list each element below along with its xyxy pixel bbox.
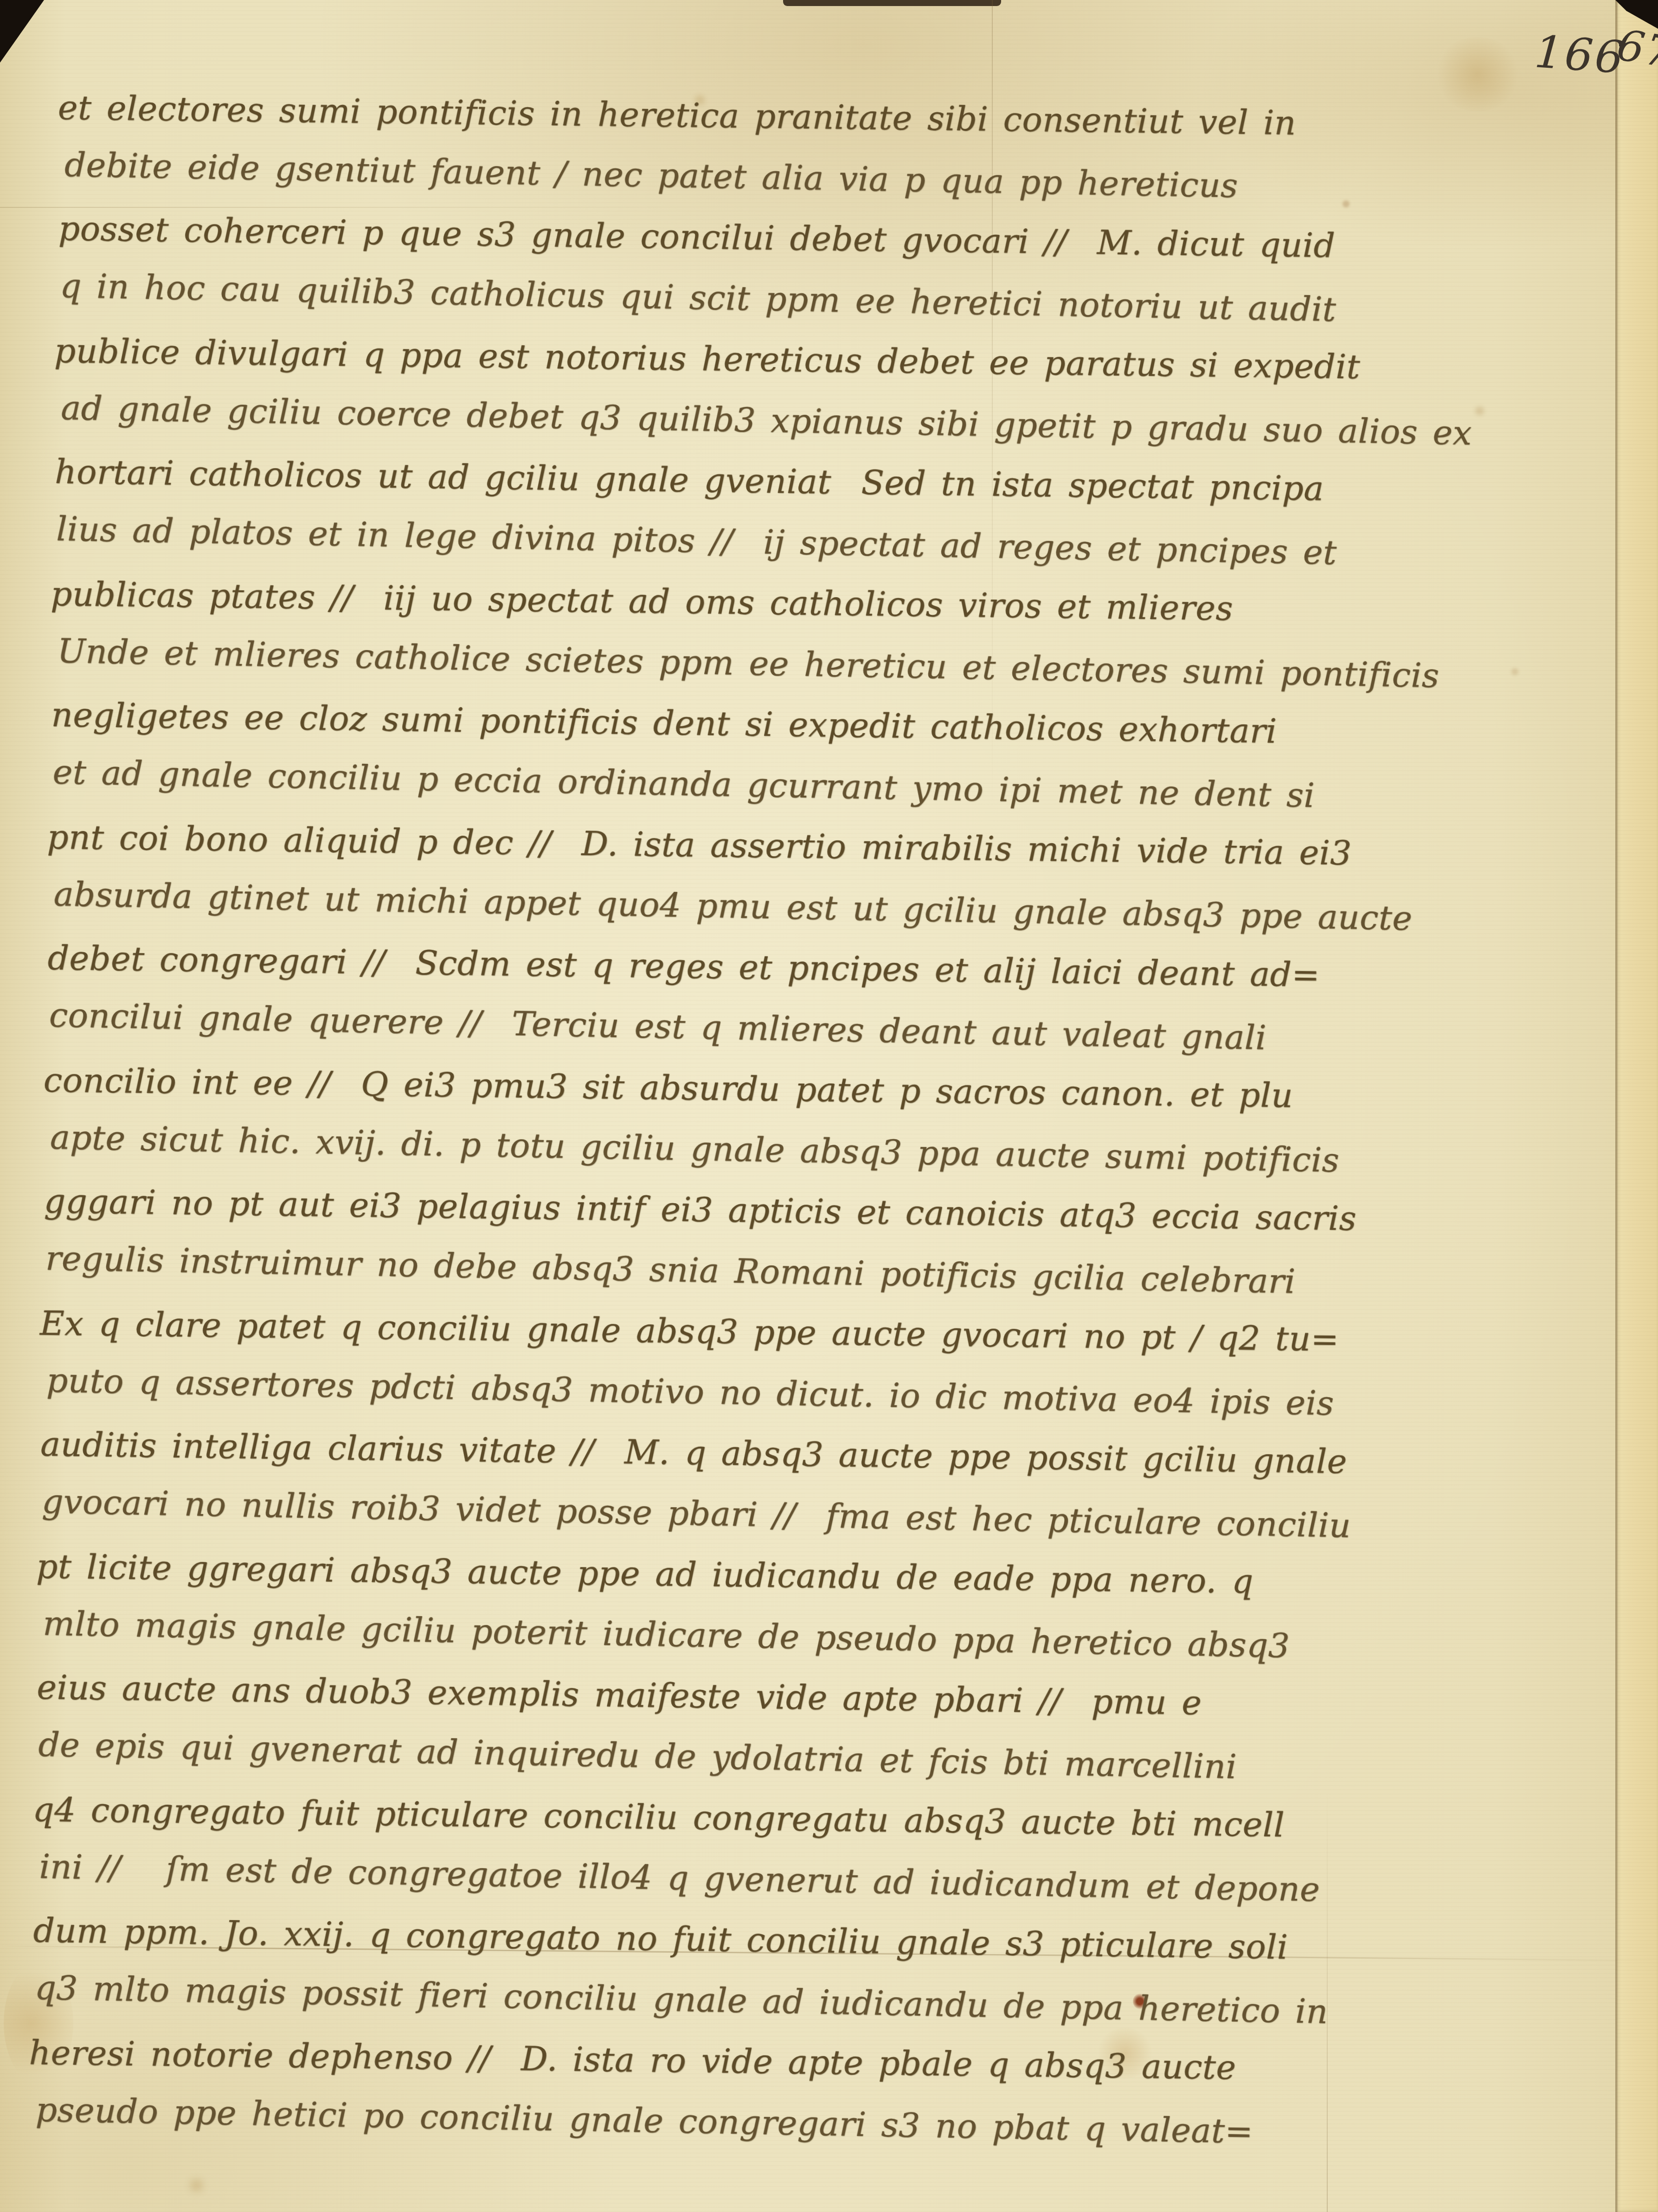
underlying-page-edge <box>1615 0 1658 2212</box>
binding-shadow-top <box>783 0 1001 6</box>
text-block: et electores sumi pontificis in heretica… <box>28 76 1450 2163</box>
manuscript-photo: 166 67 et electores sumi pontificis in h… <box>0 0 1658 2212</box>
secondary-folio-number: 67 <box>1613 20 1658 78</box>
folio-number: 166 <box>1533 26 1627 84</box>
